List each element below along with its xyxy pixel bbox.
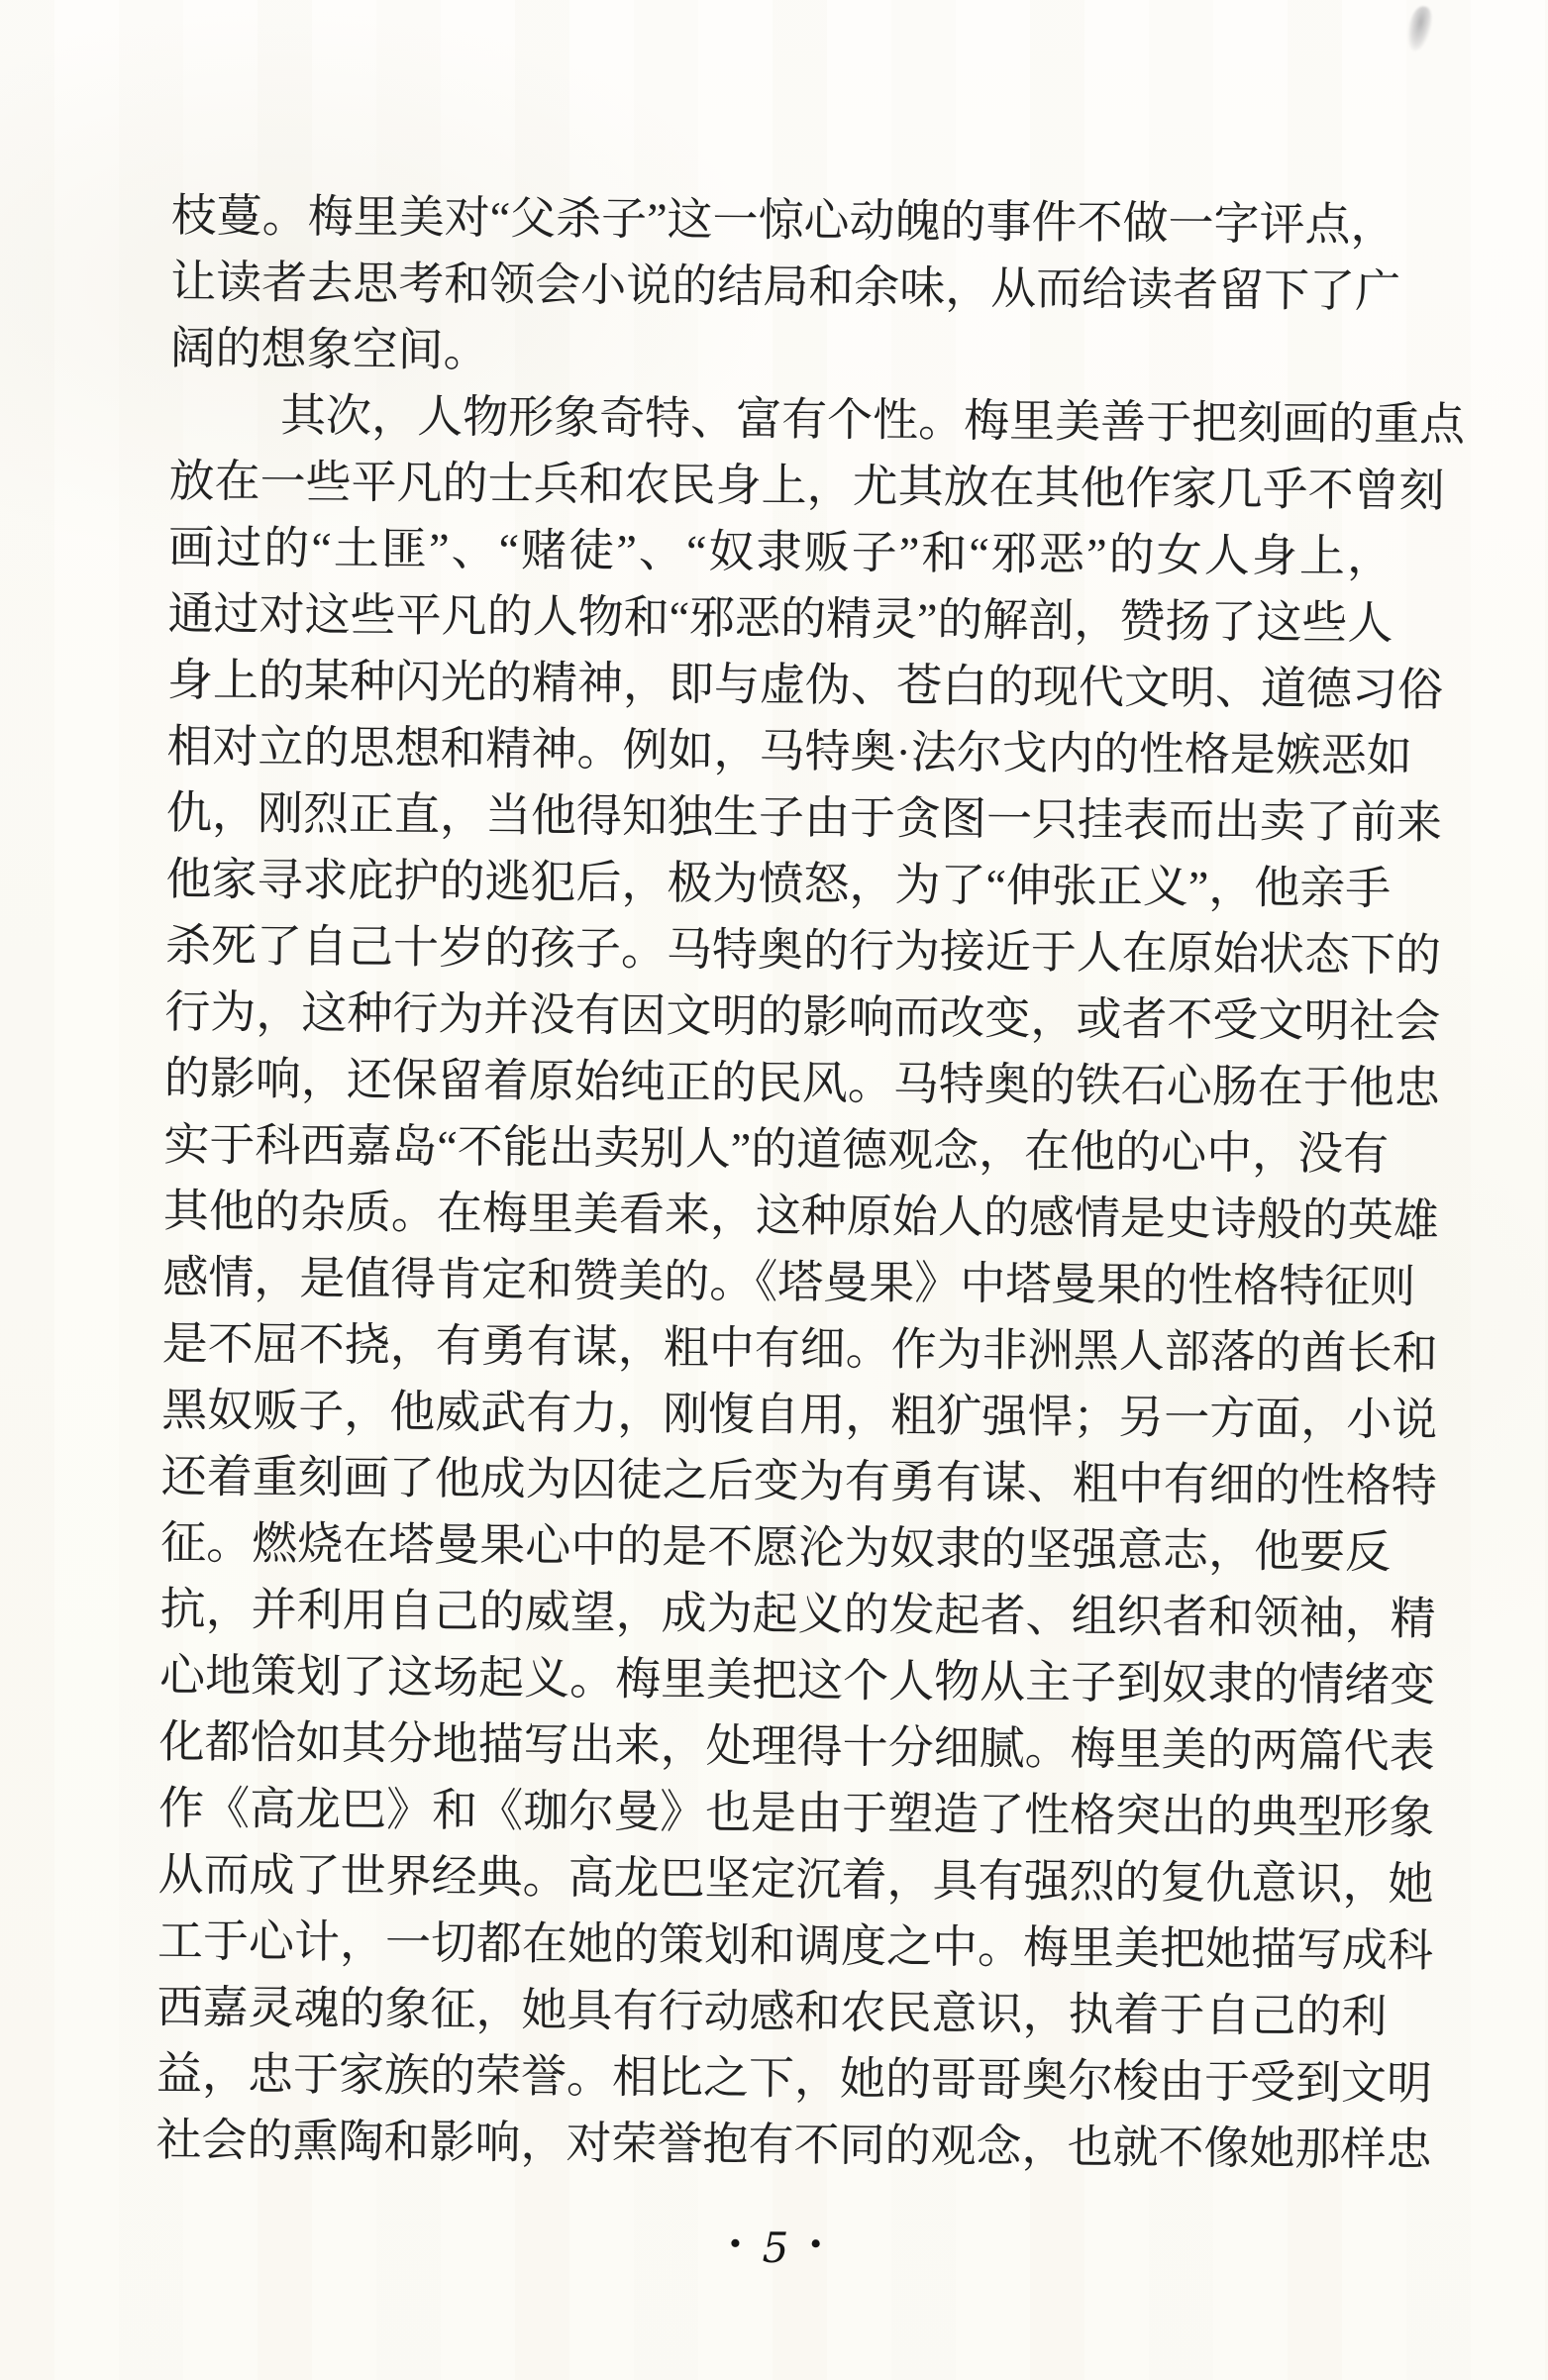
text-line: 还着重刻画了他成为囚徒之后变为有勇有谋、粗中有细的性格特 [160, 1443, 1385, 1519]
text-line: 心地策划了这场起义。梅里美把这个人物从主子到奴隶的情绪变 [159, 1642, 1384, 1718]
text-line: 让读者去思考和领会小说的结局和余味，从而给读者留下了广 [170, 249, 1394, 325]
text-line: 征。燃烧在塔曼果心中的是不愿沦为奴隶的坚强意志，他要反 [160, 1509, 1385, 1586]
page-number: 5 [762, 2225, 788, 2272]
scanned-book-page: { "document": { "lines": [ { "text": "枝蔓… [0, 0, 1548, 2380]
text-line: 是不屈不挠，有勇有谋，粗中有细。作为非洲黑人部落的酋长和 [162, 1310, 1387, 1387]
text-line: 通过对这些平凡的人物和“邪恶的精灵”的解剖，赞扬了这些人 [167, 580, 1392, 657]
text-line: 他家寻求庇护的逃犯后，极为愤怒，为了“伸张正义”，他亲手 [165, 846, 1390, 922]
body-text: 枝蔓。梅里美对“父杀子”这一惊心动魄的事件不做一字评点， 让读者去思考和领会小说… [155, 182, 1395, 2183]
text-line: 化都恰如其分地描写出来，处理得十分细腻。梅里美的两篇代表 [158, 1708, 1383, 1785]
text-line: 相对立的思想和精神。例如，马特奥·法尔戈内的性格是嫉恶如 [166, 713, 1391, 789]
text-line: 社会的熏陶和影响，对荣誉抱有不同的观念，也就不像她那样忠 [155, 2107, 1380, 2183]
text-line: 行为，这种行为并没有因文明的影响而改变，或者不受文明社会 [164, 979, 1389, 1055]
text-line: 其次，人物形象奇特、富有个性。梅里美善于把刻画的重点 [169, 381, 1393, 458]
footer-right-dot: • [810, 2221, 821, 2268]
text-line: 抗，并利用自己的威望，成为起义的发起者、组织者和领袖，精 [159, 1576, 1384, 1652]
text-line: 枝蔓。梅里美对“父杀子”这一惊心动魄的事件不做一字评点， [170, 182, 1394, 259]
text-line: 实于科西嘉岛“不能出卖别人”的道德观念，在他的心中，没有 [163, 1111, 1388, 1188]
text-line: 其他的杂质。在梅里美看来，这种原始人的感情是史诗般的英雄 [163, 1178, 1388, 1254]
text-line: 感情，是值得肯定和赞美的。《塔曼果》中塔曼果的性格特征则 [162, 1244, 1387, 1320]
text-line: 放在一些平凡的士兵和农民身上，尤其放在其他作家几乎不曾刻 [168, 448, 1393, 524]
text-line: 工于心计，一切都在她的策划和调度之中。梅里美把她描写成科 [157, 1908, 1382, 1984]
text-line: 仇，刚烈正直，当他得知独生子由于贪图一只挂表而出卖了前来 [166, 779, 1391, 856]
text-line: 的影响，还保留着原始纯正的民风。马特奥的铁石心肠在于他忠 [164, 1045, 1389, 1121]
text-line: 身上的某种闪光的精神，即与虚伪、苍白的现代文明、道德习俗 [167, 647, 1392, 723]
footer-left-dot: • [730, 2221, 741, 2268]
text-line: 作《高龙巴》和《珈尔曼》也是由于塑造了性格突出的典型形象 [158, 1775, 1383, 1851]
text-line: 从而成了世界经典。高龙巴坚定沉着，具有强烈的复仇意识，她 [157, 1841, 1382, 1917]
text-line: 西嘉灵魂的象征，她具有行动感和农民意识，执着于自己的利 [156, 1974, 1381, 2050]
text-line: 黑奴贩子，他威武有力，刚愎自用，粗犷强悍；另一方面，小说 [161, 1377, 1386, 1453]
text-line: 益，忠于家族的荣誉。相比之下，她的哥哥奥尔梭由于受到文明 [156, 2040, 1381, 2117]
text-line: 画过的“土匪”、“赌徒”、“奴隶贩子”和“邪恶”的女人身上， [168, 514, 1393, 590]
text-line: 杀死了自己十岁的孩子。马特奥的行为接近于人在原始状态下的 [165, 912, 1390, 988]
page-footer: • 5 • [171, 2222, 1380, 2275]
text-line: 阔的想象空间。 [169, 315, 1393, 391]
